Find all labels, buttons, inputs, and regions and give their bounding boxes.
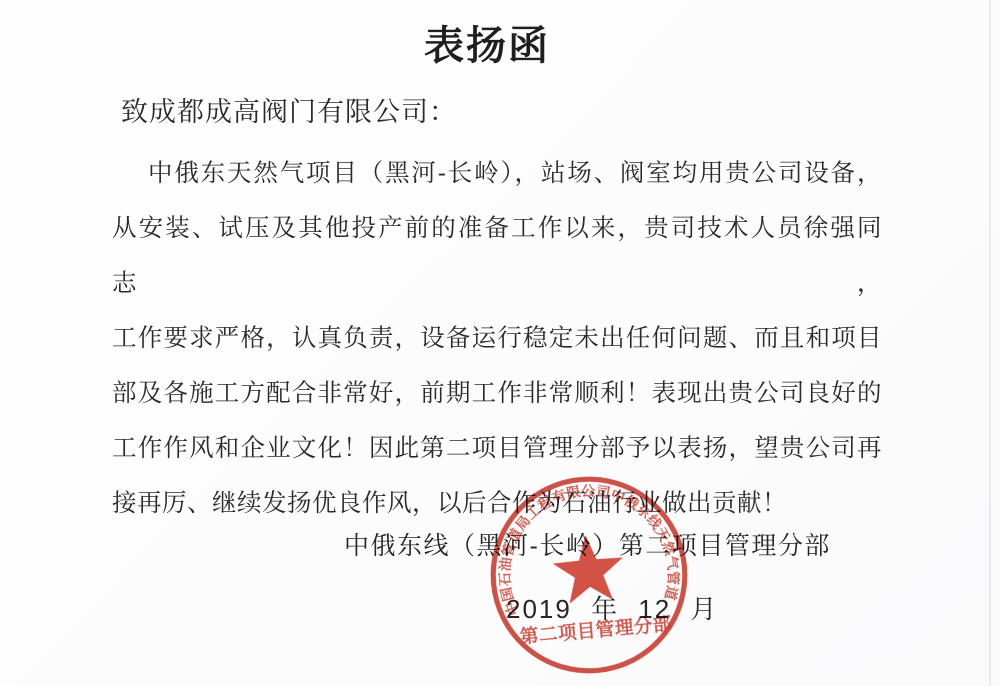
official-seal: 中国石油管道局工程有限公司中俄东线天然气管道工程 第二项目管理分部 (477, 463, 700, 686)
seal-arc-text: 中国石油管道局工程有限公司中俄东线天然气管道工程 (477, 463, 684, 620)
seal-bottom-text: 第二项目管理分部 (519, 613, 673, 647)
salutation: 致成都成高阀门有限公司： (121, 90, 457, 129)
seal-star-icon (550, 532, 626, 605)
svg-text:中国石油管道局工程有限公司中俄东线天然气管道工程: 中国石油管道局工程有限公司中俄东线天然气管道工程 (477, 463, 684, 620)
letter-title: 表扬函 (0, 14, 974, 71)
body-line: 部及各施工方配合非常好，前期工作非常顺利！表现出贵公司良好的 (112, 366, 882, 421)
body-line: 中俄东天然气项目（黑河-长岭），站场、阀室均用贵公司设备， (112, 146, 882, 201)
body-line: 从安装、试压及其他投产前的准备工作以来，贵司技术人员徐强同志， (112, 201, 882, 311)
body-paragraph: 中俄东天然气项目（黑河-长岭），站场、阀室均用贵公司设备， 从安装、试压及其他投… (112, 146, 882, 531)
scan-edge-line (989, 0, 991, 686)
body-line: 工作作风和企业文化！因此第二项目管理分部予以表扬，望贵公司再 (112, 421, 882, 476)
body-line: 工作要求严格，认真负责，设备运行稳定未出任何问题、而且和项目 (112, 311, 882, 366)
